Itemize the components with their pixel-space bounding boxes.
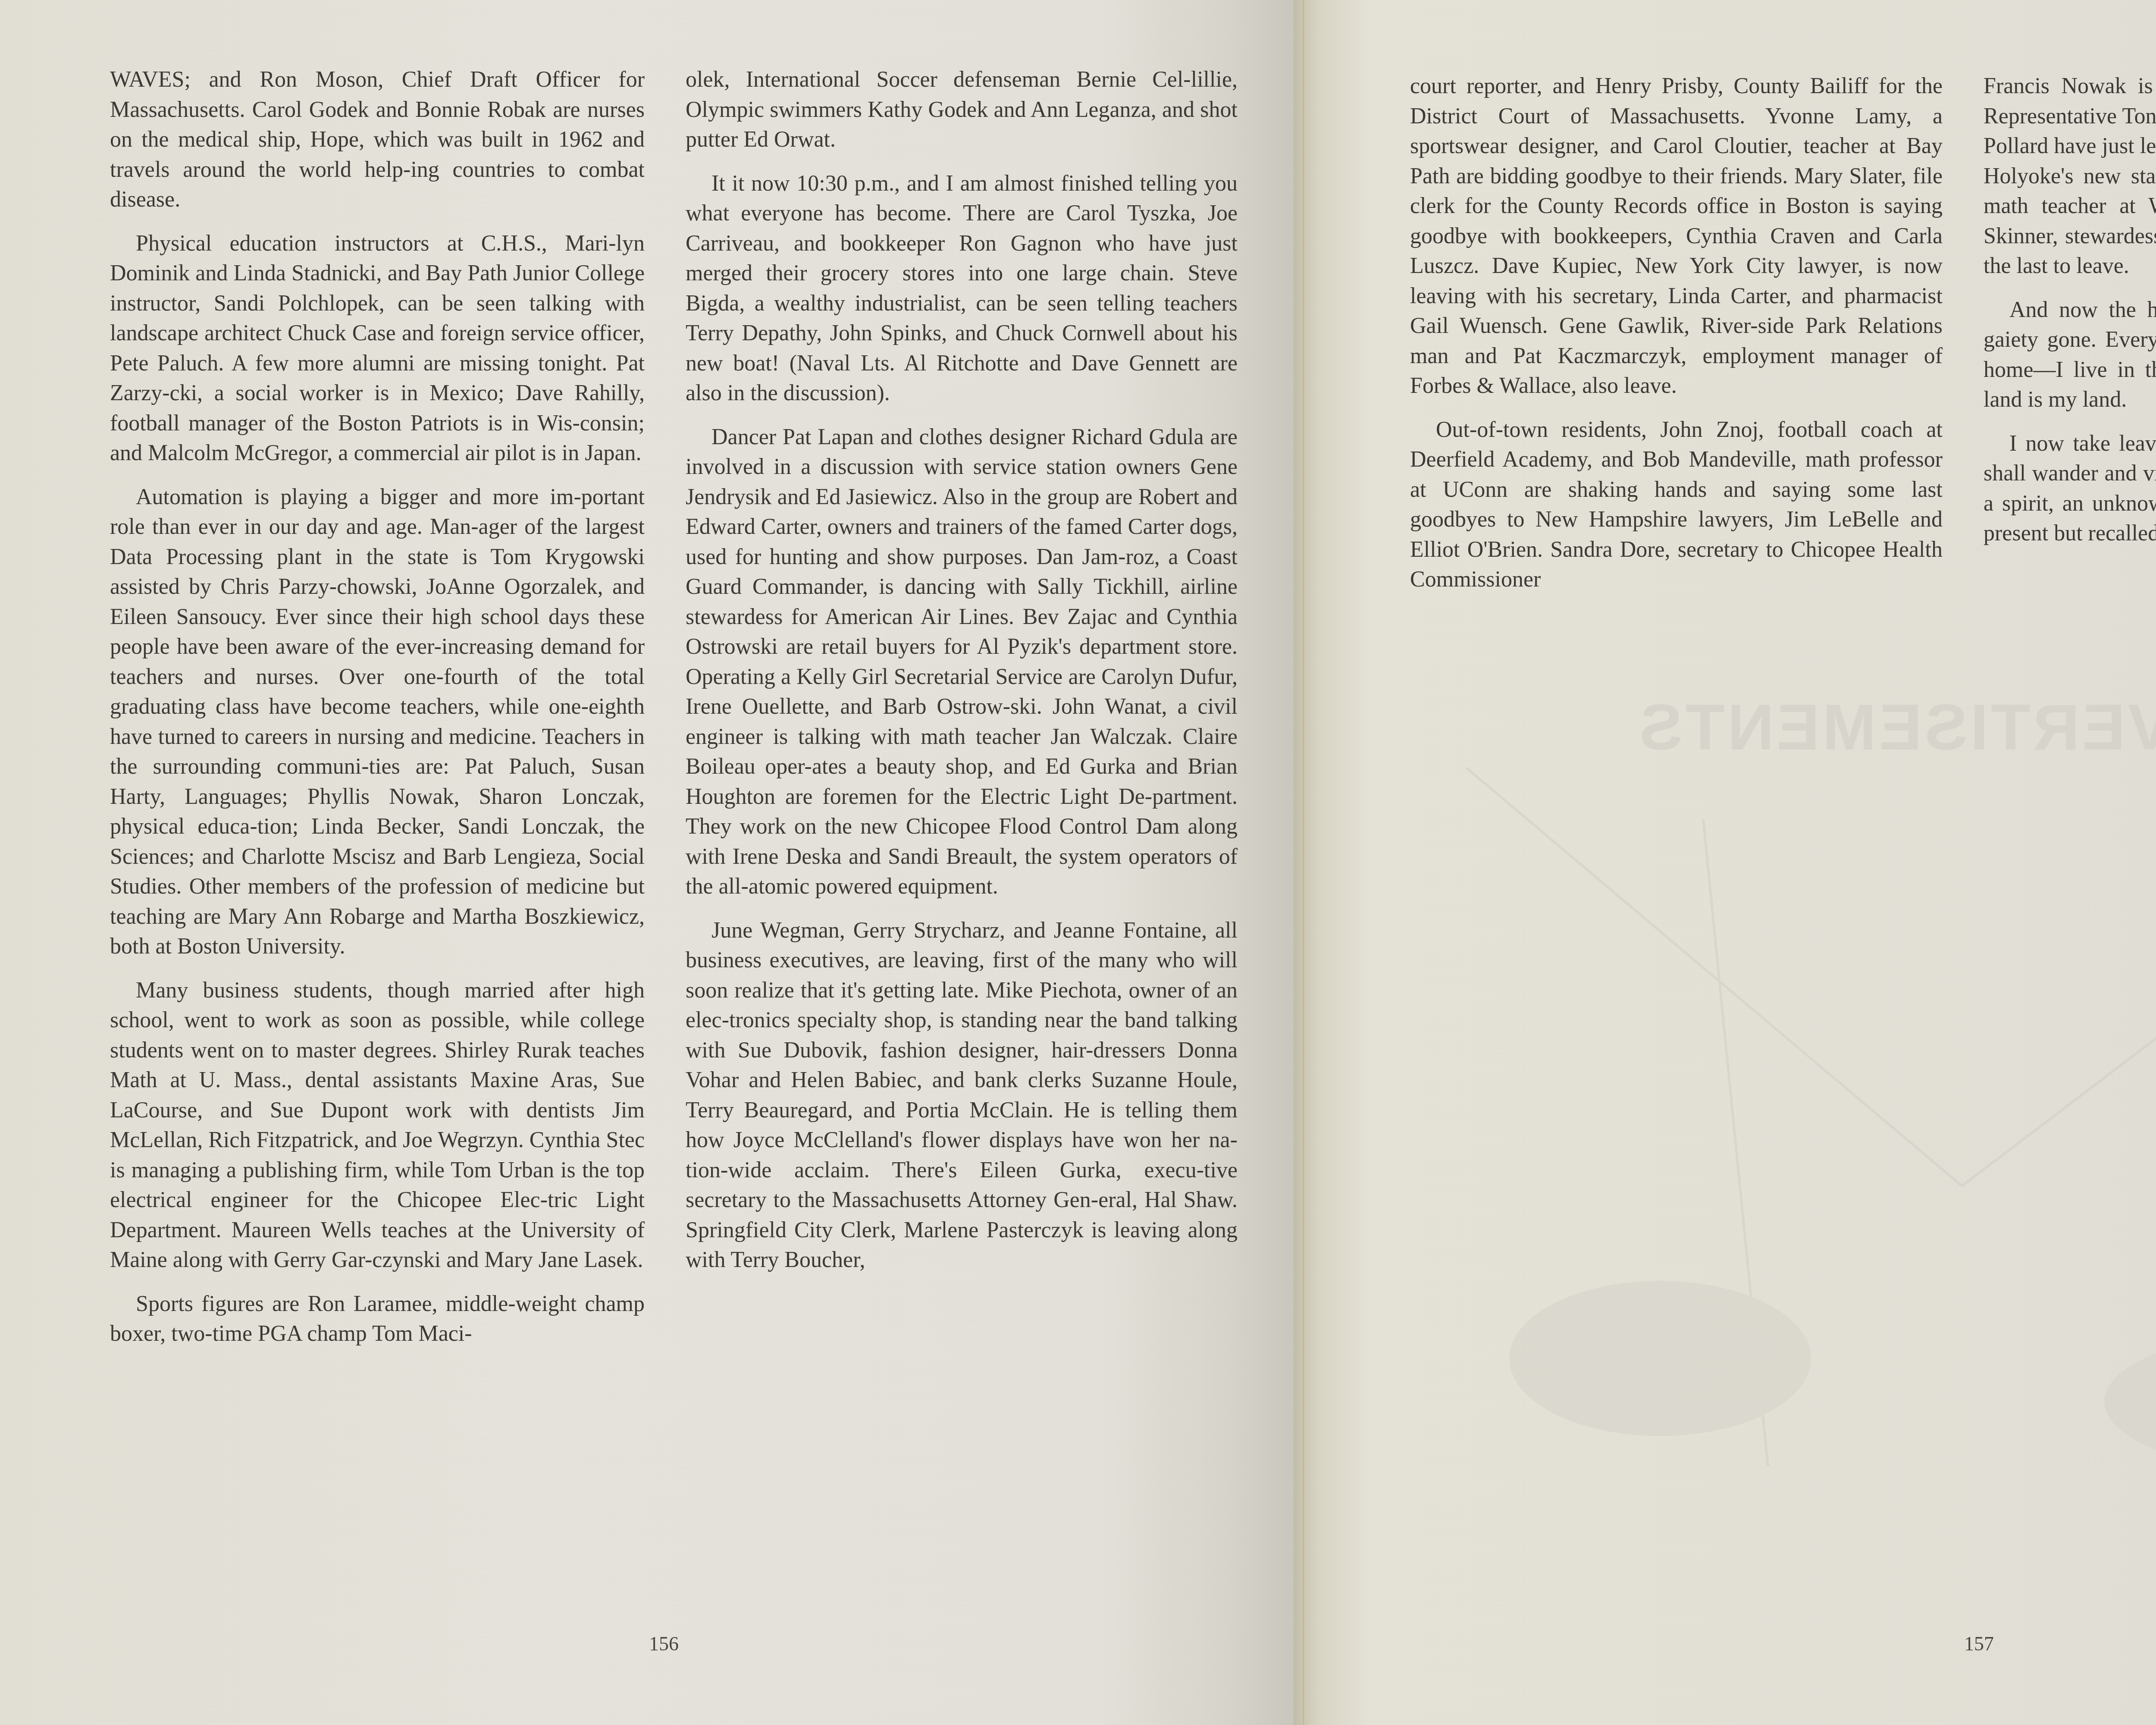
page-number: 156 bbox=[649, 1632, 679, 1655]
book-gutter bbox=[1302, 0, 1305, 1725]
page-number: 157 bbox=[1964, 1632, 1994, 1655]
right-page-column-1: court reporter, and Henry Prisby, County… bbox=[1410, 71, 1943, 608]
paragraph: Automation is playing a bigger and more … bbox=[110, 482, 645, 962]
left-page: WAVES; and Ron Moson, Chief Draft Office… bbox=[0, 0, 1294, 1725]
book-spread: WAVES; and Ron Moson, Chief Draft Office… bbox=[0, 0, 2156, 1725]
show-through-illustration bbox=[1466, 733, 2156, 1596]
signature: PROPHECY bbox=[1984, 562, 2156, 593]
paragraph: Out-of-town residents, John Znoj, footba… bbox=[1410, 415, 1943, 595]
paragraph: WAVES; and Ron Moson, Chief Draft Office… bbox=[110, 65, 645, 215]
paragraph: And now the hall is empty; the reunion i… bbox=[1984, 295, 2156, 415]
paragraph: Sports figures are Ron Laramee, middle-w… bbox=[110, 1289, 645, 1349]
left-page-column-2: olek, International Soccer defenseman Be… bbox=[686, 65, 1238, 1289]
paragraph: It it now 10:30 p.m., and I am almost fi… bbox=[686, 169, 1238, 408]
right-page-column-2: Francis Nowak is being helped with her c… bbox=[1984, 71, 2156, 606]
paragraph: olek, International Soccer defenseman Be… bbox=[686, 65, 1238, 155]
paragraph: court reporter, and Henry Prisby, County… bbox=[1410, 71, 1943, 401]
paragraph: I now take leave and expect never to see… bbox=[1984, 429, 2156, 549]
paragraph: Dancer Pat Lapan and clothes designer Ri… bbox=[686, 422, 1238, 902]
paragraph: June Wegman, Gerry Strycharz, and Jeanne… bbox=[686, 916, 1238, 1275]
paragraph: Francis Nowak is being helped with her c… bbox=[1984, 71, 2156, 281]
paragraph: Many business students, though married a… bbox=[110, 975, 645, 1275]
paragraph: Physical education instructors at C.H.S.… bbox=[110, 229, 645, 468]
left-page-column-1: WAVES; and Ron Moson, Chief Draft Office… bbox=[110, 65, 645, 1363]
